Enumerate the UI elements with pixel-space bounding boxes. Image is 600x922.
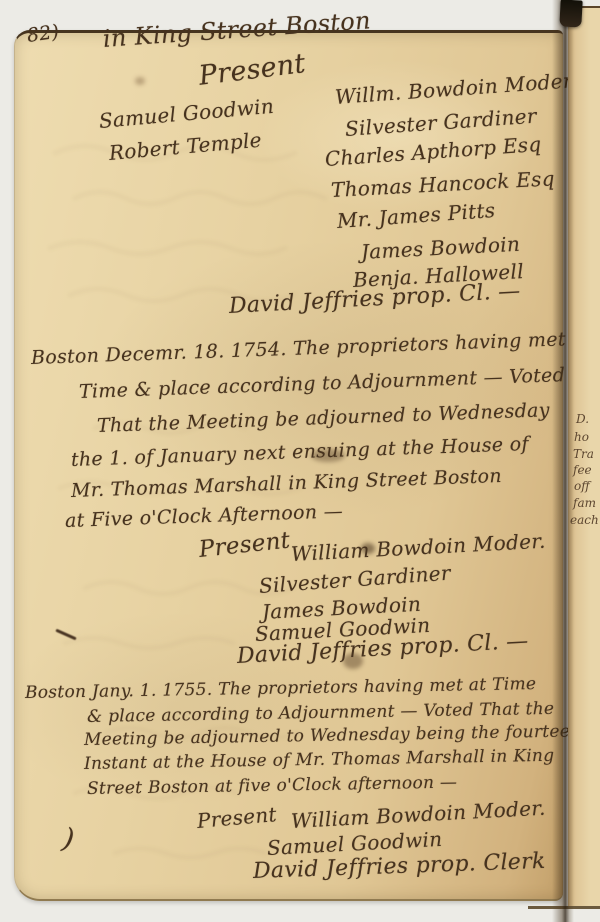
facing-text-fragment: Tra xyxy=(573,447,594,461)
page-number: 82) xyxy=(25,21,60,47)
facing-text-fragment: each xyxy=(570,513,599,527)
facing-text-fragment: off xyxy=(574,479,590,493)
facing-text-fragment: fam xyxy=(573,496,596,510)
facing-text-fragment: fee xyxy=(573,463,592,477)
facing-text-fragment: D. xyxy=(576,412,589,426)
manuscript-scan: 82) in King Street Boston Present Willm.… xyxy=(0,0,600,922)
binding-strap xyxy=(559,0,582,28)
paper-stain xyxy=(135,77,145,85)
facing-text-fragment: ho xyxy=(574,430,589,444)
manuscript-page: 82) in King Street Boston Present Willm.… xyxy=(14,30,563,901)
book-gutter xyxy=(552,0,574,922)
